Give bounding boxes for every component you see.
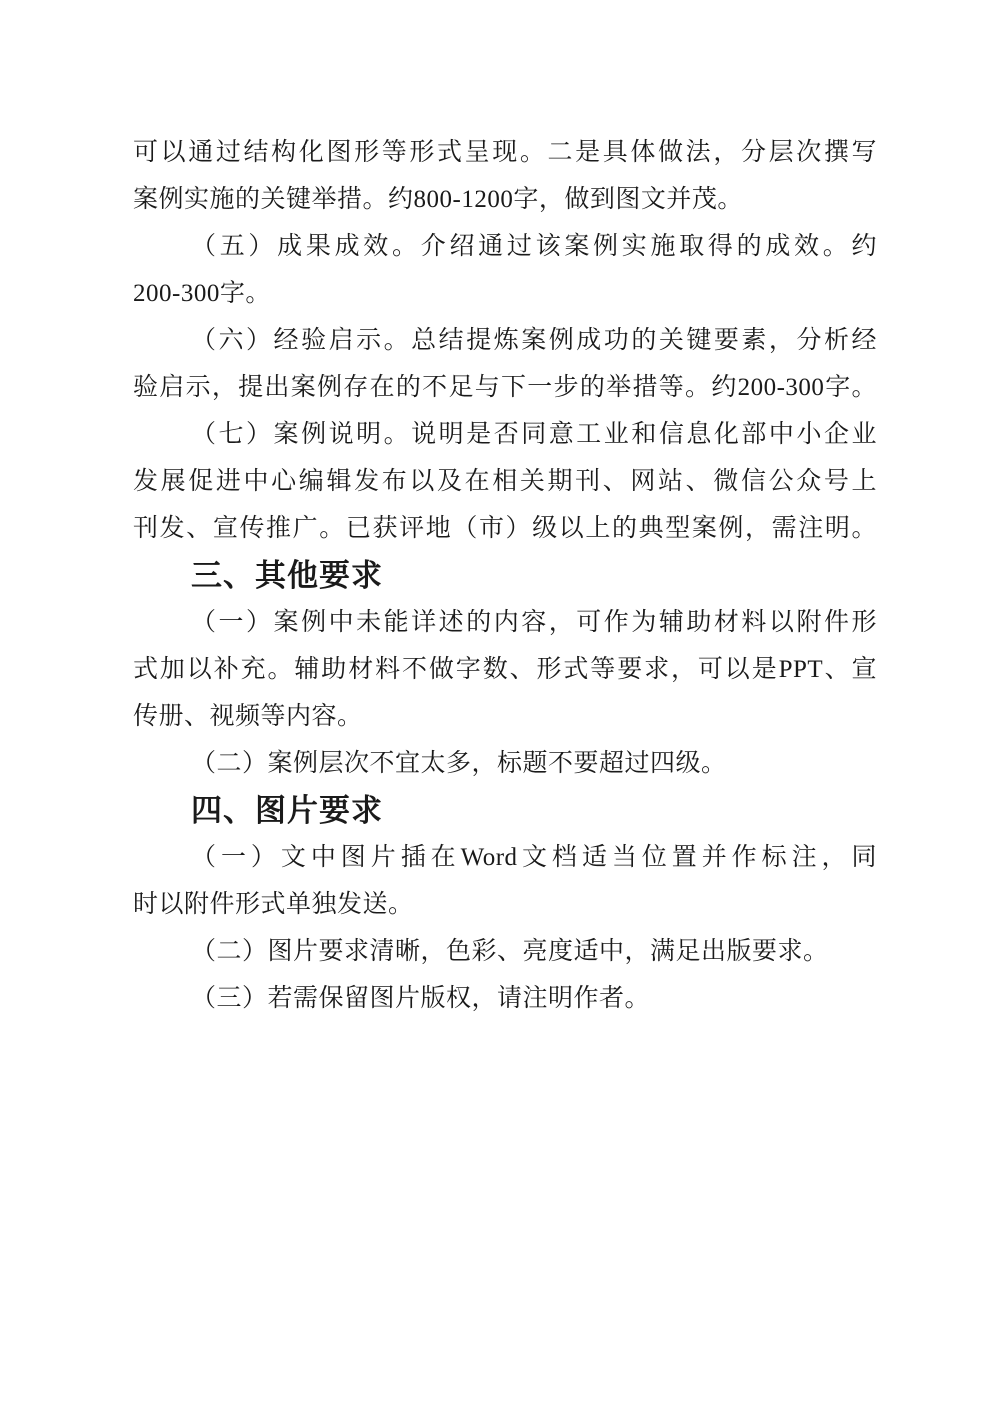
heading-section-3-other-requirements: 三、其他要求 xyxy=(133,552,877,599)
paragraph-line: （七）案例说明。说明是否同意工业和信息化部中小企业 xyxy=(133,411,877,458)
paragraph-line: 案例实施的关键举措。约800-1200字，做到图文并茂。 xyxy=(133,176,877,223)
paragraph-line: 发展促进中心编辑发布以及在相关期刊、网站、微信公众号上 xyxy=(133,458,877,505)
paragraph-line: （六）经验启示。总结提炼案例成功的关键要素，分析经 xyxy=(133,317,877,364)
paragraph-line: （二）案例层次不宜太多，标题不要超过四级。 xyxy=(133,740,877,787)
paragraph-line: （三）若需保留图片版权，请注明作者。 xyxy=(133,975,877,1022)
paragraph-line: 可以通过结构化图形等形式呈现。二是具体做法，分层次撰写 xyxy=(133,129,877,176)
paragraph-line: 传册、视频等内容。 xyxy=(133,693,877,740)
paragraph-line: 时以附件形式单独发送。 xyxy=(133,881,877,928)
paragraph-line: 验启示，提出案例存在的不足与下一步的举措等。约200-300字。 xyxy=(133,364,877,411)
heading-section-4-image-requirements: 四、图片要求 xyxy=(133,787,877,834)
paragraph-line: 刊发、宣传推广。已获评地（市）级以上的典型案例，需注明。 xyxy=(133,505,877,552)
paragraph-line: （一）案例中未能详述的内容，可作为辅助材料以附件形 xyxy=(133,599,877,646)
document-page: 可以通过结构化图形等形式呈现。二是具体做法，分层次撰写 案例实施的关键举措。约8… xyxy=(0,0,1000,1413)
paragraph-line: （二）图片要求清晰，色彩、亮度适中，满足出版要求。 xyxy=(133,928,877,975)
paragraph-line: 式加以补充。辅助材料不做字数、形式等要求，可以是PPT、宣 xyxy=(133,646,877,693)
document-content: 可以通过结构化图形等形式呈现。二是具体做法，分层次撰写 案例实施的关键举措。约8… xyxy=(133,129,877,1022)
paragraph-line: （一）文中图片插在Word文档适当位置并作标注，同 xyxy=(133,834,877,881)
paragraph-line: 200-300字。 xyxy=(133,270,877,317)
paragraph-line: （五）成果成效。介绍通过该案例实施取得的成效。约 xyxy=(133,223,877,270)
